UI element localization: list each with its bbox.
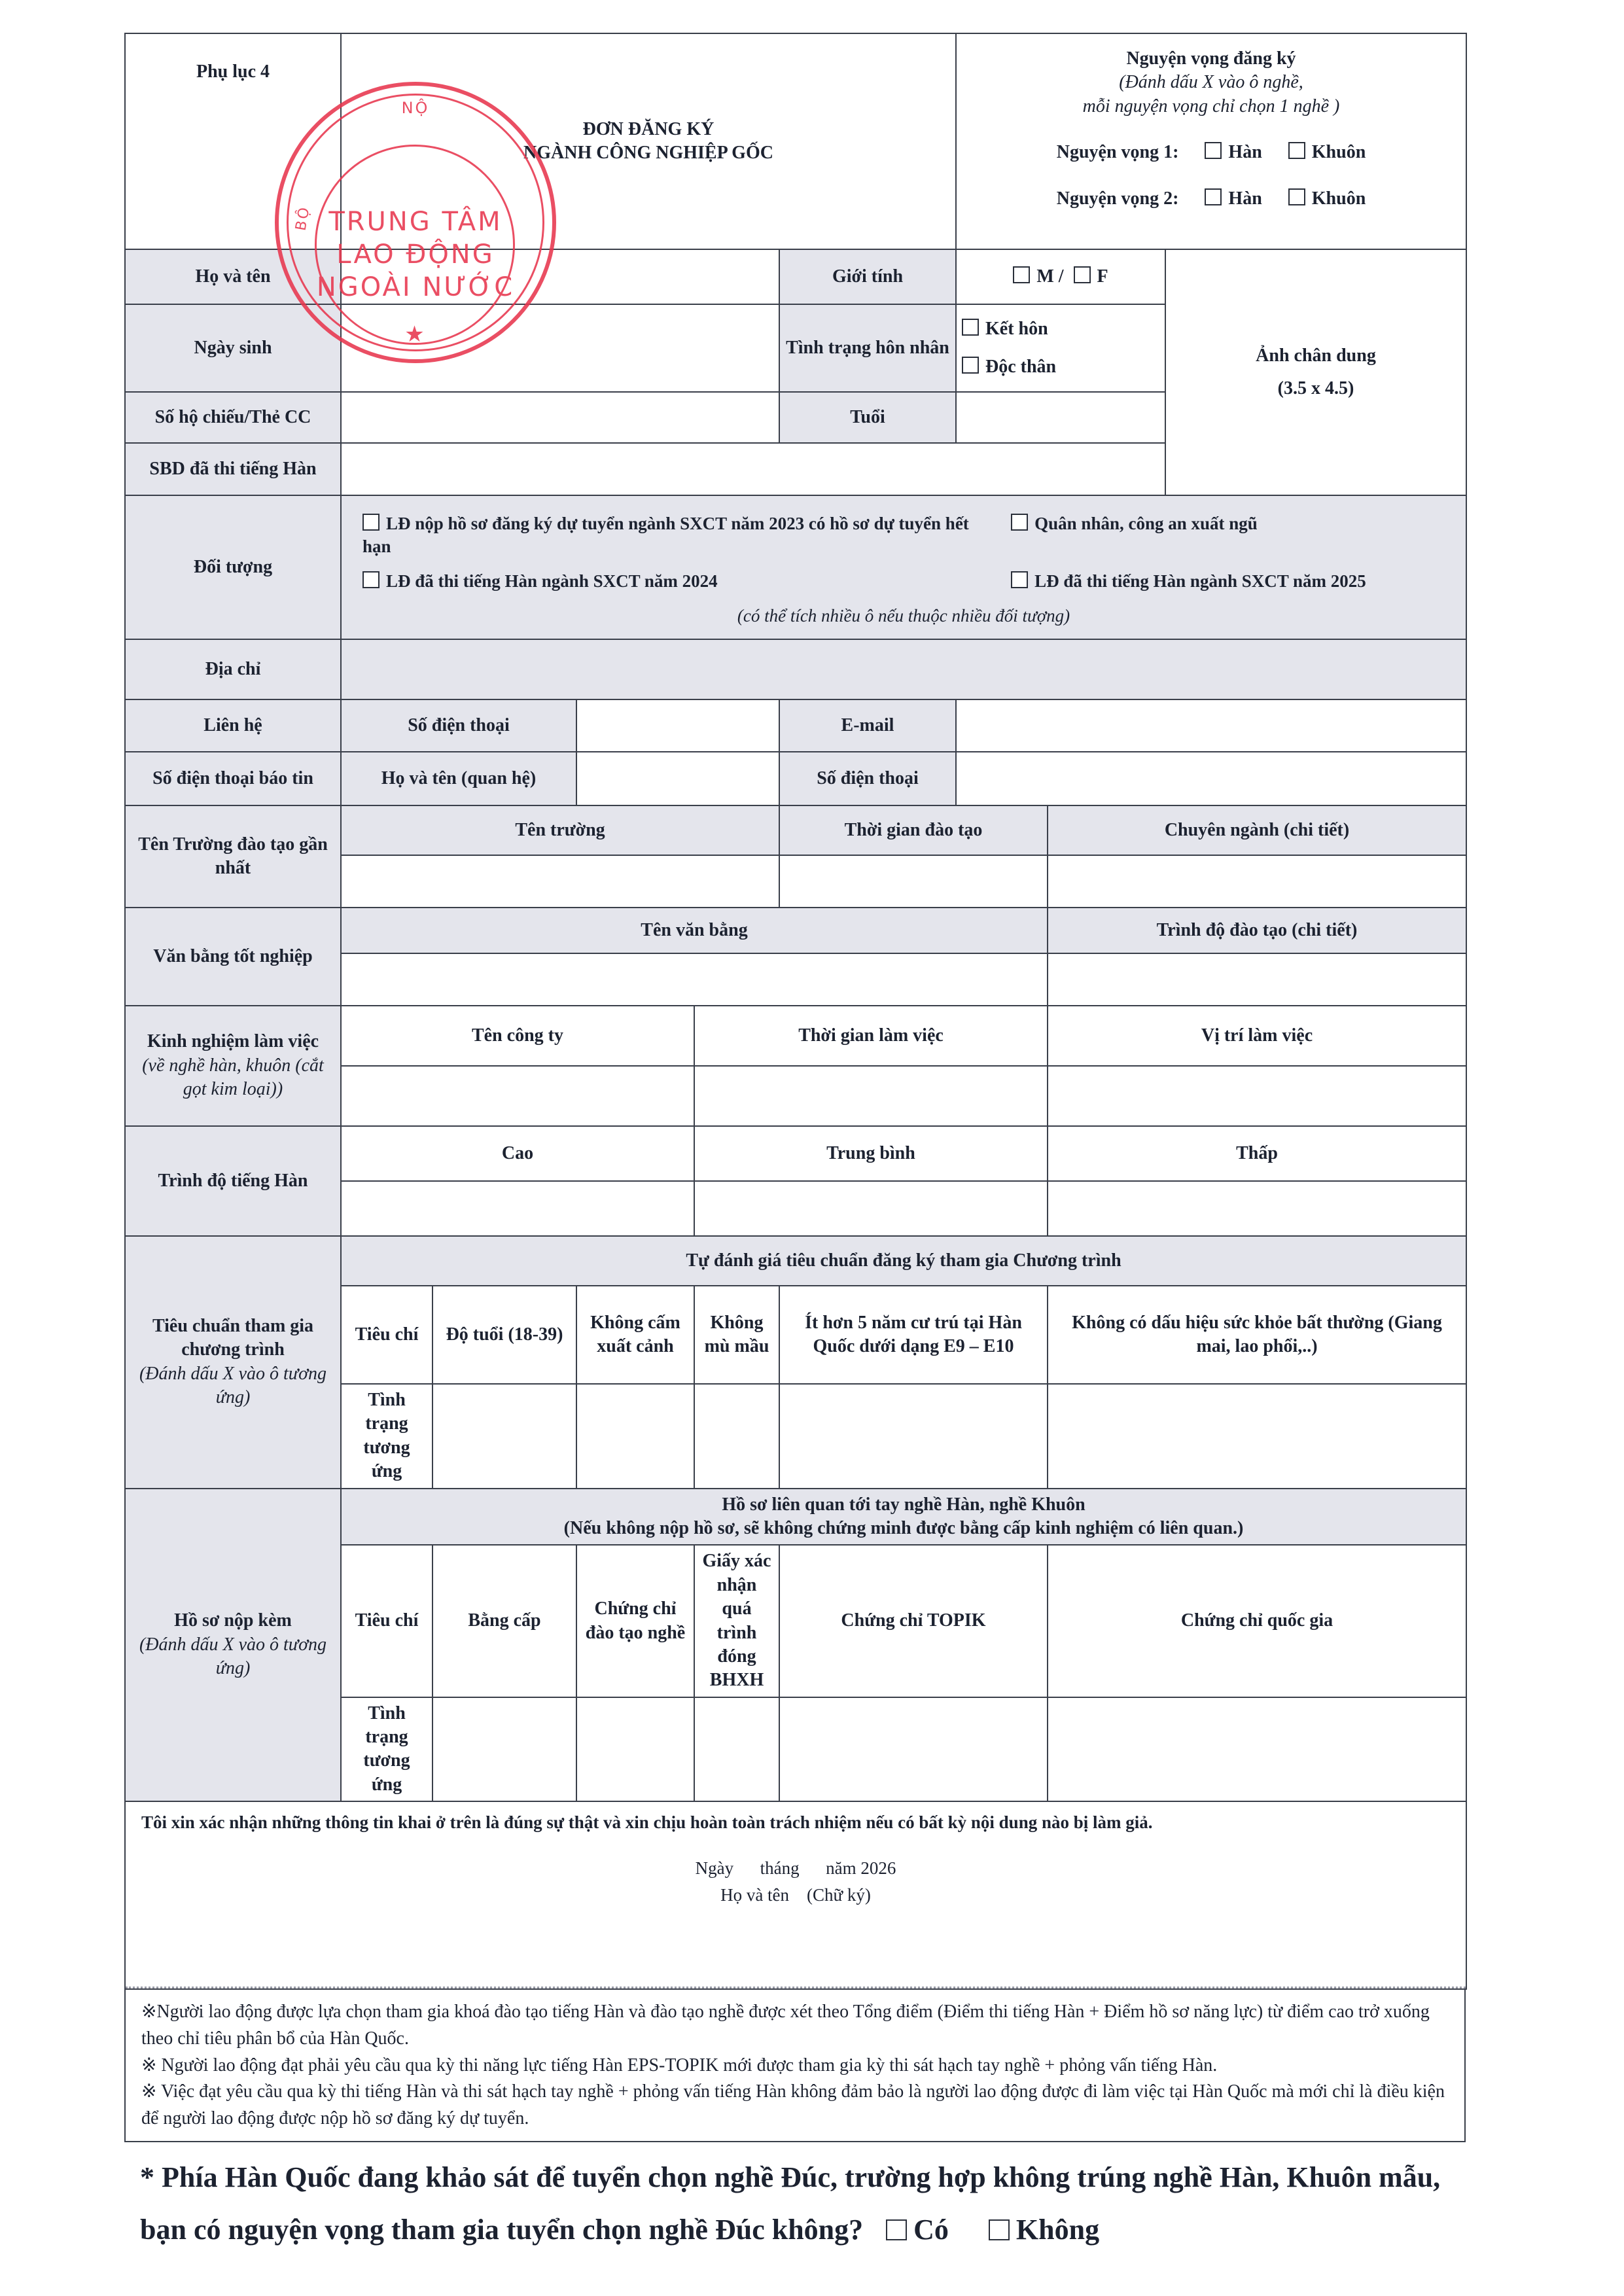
wish-section: Nguyện vọng đăng ký (Đánh dấu X vào ô ng… bbox=[956, 33, 1466, 249]
form-title-line1: ĐƠN ĐĂNG KÝ bbox=[347, 118, 950, 141]
documents-label: Hồ sơ nộp kèm (Đánh dấu X vào ô tương ứn… bbox=[125, 1489, 341, 1802]
documents-bhxh: Giấy xác nhận quá trình đóng BHXH bbox=[694, 1545, 779, 1697]
school-col-major: Chuyên ngành (chi tiết) bbox=[1048, 805, 1466, 855]
form-title: ĐƠN ĐĂNG KÝ NGÀNH CÔNG NGHIỆP GỐC bbox=[341, 33, 956, 249]
checkbox-icon[interactable] bbox=[1011, 571, 1028, 588]
experience-label: Kinh nghiệm làm việc (về nghề hàn, khuôn… bbox=[125, 1006, 341, 1126]
photo-box: Ảnh chân dung (3.5 x 4.5) bbox=[1165, 249, 1466, 495]
passport-label: Số hộ chiếu/Thẻ CC bbox=[125, 392, 341, 443]
korean-level-high: Cao bbox=[341, 1126, 694, 1181]
criteria-age-field[interactable] bbox=[432, 1384, 576, 1489]
gender-f-checkbox[interactable] bbox=[1074, 266, 1091, 283]
korean-level-low-field[interactable] bbox=[1048, 1181, 1466, 1236]
criteria-status-label: Tình trạng tương ứng bbox=[341, 1384, 432, 1489]
signature-area[interactable] bbox=[126, 1908, 1466, 1988]
degree-col-level: Trình độ đào tạo (chi tiết) bbox=[1048, 908, 1466, 953]
documents-degree: Bằng cấp bbox=[432, 1545, 576, 1697]
documents-topik-field[interactable] bbox=[779, 1697, 1048, 1802]
criteria-no-colorblind: Không mù mầu bbox=[694, 1286, 779, 1384]
emergency-label: Số điện thoại báo tin bbox=[125, 752, 341, 805]
school-time-field[interactable] bbox=[779, 855, 1048, 908]
target-option-veteran[interactable]: Quân nhân, công an xuất ngũ bbox=[1011, 512, 1445, 558]
target-option-2024[interactable]: LĐ đã thi tiếng Hàn ngành SXCT năm 2024 bbox=[362, 570, 991, 593]
experience-col-time: Thời gian làm việc bbox=[694, 1006, 1048, 1066]
checkbox-icon[interactable] bbox=[962, 357, 979, 374]
documents-status-label: Tình trạng tương ứng bbox=[341, 1697, 432, 1802]
school-label: Tên Trường đào tạo gần nhất bbox=[125, 805, 341, 908]
degree-label: Văn bằng tốt nghiệp bbox=[125, 908, 341, 1006]
sbd-label: SBD đã thi tiếng Hàn bbox=[125, 443, 341, 495]
experience-sublabel: (về nghề hàn, khuôn (cắt gọt kim loại)) bbox=[131, 1054, 335, 1102]
wish-instruction-2: mỗi nguyện vọng chỉ chọn 1 nghề ) bbox=[962, 95, 1460, 118]
age-label: Tuổi bbox=[779, 392, 956, 443]
documents-heading: Hồ sơ liên quan tới tay nghề Hàn, nghề K… bbox=[341, 1489, 1466, 1545]
dob-label: Ngày sinh bbox=[125, 304, 341, 392]
wish-1-label: Nguyện vọng 1: bbox=[1057, 141, 1179, 164]
address-label: Địa chỉ bbox=[125, 639, 341, 699]
checkbox-icon[interactable] bbox=[886, 2219, 907, 2240]
criteria-label: Tiêu chuẩn tham gia chương trình (Đánh d… bbox=[125, 1236, 341, 1489]
target-option-2023[interactable]: LĐ nộp hồ sơ đăng ký dự tuyển ngành SXCT… bbox=[362, 512, 991, 558]
marital-field: Kết hôn Độc thân bbox=[956, 304, 1165, 392]
full-name-field[interactable] bbox=[341, 249, 779, 304]
survey-no-option[interactable]: Không bbox=[989, 2214, 1099, 2246]
korean-level-medium-field[interactable] bbox=[694, 1181, 1048, 1236]
emergency-name-field[interactable] bbox=[576, 752, 779, 805]
wish-row-2: Nguyện vọng 2: Hàn Khuôn bbox=[962, 187, 1460, 211]
sbd-field[interactable] bbox=[341, 443, 1165, 495]
checkbox-icon[interactable] bbox=[1288, 142, 1305, 159]
full-name-label: Họ và tên bbox=[125, 249, 341, 304]
criteria-exit-field[interactable] bbox=[576, 1384, 694, 1489]
gender-field: M / F bbox=[956, 249, 1165, 304]
date-line: Ngày tháng năm 2026 bbox=[126, 1855, 1466, 1882]
wish-2-label: Nguyện vọng 2: bbox=[1057, 187, 1179, 211]
contact-phone-field[interactable] bbox=[576, 699, 779, 752]
single-option[interactable]: Độc thân bbox=[962, 355, 1159, 379]
documents-national-cert: Chứng chỉ quốc gia bbox=[1048, 1545, 1466, 1697]
checkbox-icon[interactable] bbox=[362, 514, 380, 531]
appendix-label: Phụ lục 4 bbox=[125, 33, 341, 249]
experience-col-position: Vị trí làm việc bbox=[1048, 1006, 1466, 1066]
survey-question: * Phía Hàn Quốc đang khảo sát để tuyển c… bbox=[124, 2151, 1466, 2255]
checkbox-icon[interactable] bbox=[1205, 188, 1222, 205]
gender-m-checkbox[interactable] bbox=[1013, 266, 1030, 283]
experience-time-field[interactable] bbox=[694, 1066, 1048, 1126]
gender-label: Giới tính bbox=[779, 249, 956, 304]
wish-row-1: Nguyện vọng 1: Hàn Khuôn bbox=[962, 141, 1460, 164]
signature-block: Ngày tháng năm 2026 Họ và tên (Chữ ký) bbox=[126, 1855, 1466, 1908]
registration-form: Phụ lục 4 ĐƠN ĐĂNG KÝ NGÀNH CÔNG NGHIỆP … bbox=[124, 33, 1466, 2255]
school-major-field[interactable] bbox=[1048, 855, 1466, 908]
documents-bhxh-field[interactable] bbox=[694, 1697, 779, 1802]
documents-topik: Chứng chỉ TOPIK bbox=[779, 1545, 1048, 1697]
korean-level-high-field[interactable] bbox=[341, 1181, 694, 1236]
wish-1-han-option[interactable]: Hàn bbox=[1205, 141, 1262, 164]
declaration-section: Tôi xin xác nhận những thông tin khai ở … bbox=[125, 1801, 1466, 1989]
criteria-residence-field[interactable] bbox=[779, 1384, 1048, 1489]
photo-size: (3.5 x 4.5) bbox=[1171, 377, 1460, 400]
declaration-text: Tôi xin xác nhận những thông tin khai ở … bbox=[126, 1802, 1466, 1843]
documents-national-field[interactable] bbox=[1048, 1697, 1466, 1802]
school-name-field[interactable] bbox=[341, 855, 779, 908]
criteria-age: Độ tuổi (18-39) bbox=[432, 1286, 576, 1384]
korean-level-low: Thấp bbox=[1048, 1126, 1466, 1181]
note-2: ※ Người lao động đạt phải yêu cầu qua kỳ… bbox=[141, 2053, 1449, 2079]
checkbox-icon[interactable] bbox=[989, 2219, 1010, 2240]
wish-1-khuon-option[interactable]: Khuôn bbox=[1288, 141, 1366, 164]
target-options: LĐ nộp hồ sơ đăng ký dự tuyển ngành SXCT… bbox=[341, 495, 1466, 639]
sign-line: Họ và tên (Chữ ký) bbox=[126, 1882, 1466, 1909]
criteria-residence: Ít hơn 5 năm cư trú tại Hàn Quốc dưới dạ… bbox=[779, 1286, 1048, 1384]
documents-sublabel: (Đánh dấu X vào ô tương ứng) bbox=[131, 1633, 335, 1681]
contact-label: Liên hệ bbox=[125, 699, 341, 752]
target-label: Đối tượng bbox=[125, 495, 341, 639]
checkbox-icon[interactable] bbox=[362, 571, 380, 588]
criteria-colorblind-field[interactable] bbox=[694, 1384, 779, 1489]
criteria-sublabel: (Đánh dấu X vào ô tương ứng) bbox=[131, 1362, 335, 1410]
wish-2-khuon-option[interactable]: Khuôn bbox=[1288, 187, 1366, 211]
experience-col-company: Tên công ty bbox=[341, 1006, 694, 1066]
degree-name-field[interactable] bbox=[341, 953, 1048, 1006]
contact-email-field[interactable] bbox=[956, 699, 1466, 752]
form-table: Phụ lục 4 ĐƠN ĐĂNG KÝ NGÀNH CÔNG NGHIỆP … bbox=[124, 33, 1467, 1990]
experience-position-field[interactable] bbox=[1048, 1066, 1466, 1126]
contact-email-label: E-mail bbox=[779, 699, 956, 752]
school-col-name: Tên trường bbox=[341, 805, 779, 855]
dob-field[interactable] bbox=[341, 304, 779, 392]
korean-level-label: Trình độ tiếng Hàn bbox=[125, 1126, 341, 1236]
marital-label: Tình trạng hôn nhân bbox=[779, 304, 956, 392]
documents-row-label: Tiêu chí bbox=[341, 1545, 432, 1697]
documents-degree-field[interactable] bbox=[432, 1697, 576, 1802]
documents-vocational-cert: Chứng chỉ đào tạo nghề bbox=[576, 1545, 694, 1697]
wish-2-han-option[interactable]: Hàn bbox=[1205, 187, 1262, 211]
emergency-phone-label: Số điện thoại bbox=[779, 752, 956, 805]
photo-label: Ảnh chân dung bbox=[1171, 344, 1460, 368]
notes-section: ※Người lao động được lựa chọn tham gia k… bbox=[124, 1990, 1466, 2142]
criteria-heading: Tự đánh giá tiêu chuẩn đăng ký tham gia … bbox=[341, 1236, 1466, 1286]
checkbox-icon[interactable] bbox=[1288, 188, 1305, 205]
survey-yes-option[interactable]: Có bbox=[886, 2214, 949, 2246]
emergency-phone-field[interactable] bbox=[956, 752, 1466, 805]
criteria-health-field[interactable] bbox=[1048, 1384, 1466, 1489]
checkbox-icon[interactable] bbox=[962, 319, 979, 336]
target-note: (có thể tích nhiều ô nếu thuộc nhiều đối… bbox=[362, 605, 1445, 627]
checkbox-icon[interactable] bbox=[1205, 142, 1222, 159]
form-title-line2: NGÀNH CÔNG NGHIỆP GỐC bbox=[347, 141, 950, 165]
address-field[interactable] bbox=[341, 639, 1466, 699]
experience-company-field[interactable] bbox=[341, 1066, 694, 1126]
degree-col-name: Tên văn bằng bbox=[341, 908, 1048, 953]
passport-field[interactable] bbox=[341, 392, 779, 443]
school-col-time: Thời gian đào tạo bbox=[779, 805, 1048, 855]
contact-phone-label: Số điện thoại bbox=[341, 699, 576, 752]
criteria-health: Không có dấu hiệu sức khỏe bất thường (G… bbox=[1048, 1286, 1466, 1384]
married-option[interactable]: Kết hôn bbox=[962, 317, 1159, 341]
note-3: ※ Việc đạt yêu cầu qua kỳ thi tiếng Hàn … bbox=[141, 2079, 1449, 2132]
criteria-row-label: Tiêu chí bbox=[341, 1286, 432, 1384]
korean-level-medium: Trung bình bbox=[694, 1126, 1048, 1181]
emergency-name-label: Họ và tên (quan hệ) bbox=[341, 752, 576, 805]
degree-level-field[interactable] bbox=[1048, 953, 1466, 1006]
age-field[interactable] bbox=[956, 392, 1165, 443]
checkbox-icon[interactable] bbox=[1011, 514, 1028, 531]
wish-heading: Nguyện vọng đăng ký bbox=[962, 47, 1460, 71]
wish-instruction-1: (Đánh dấu X vào ô nghề, bbox=[962, 71, 1460, 94]
note-1: ※Người lao động được lựa chọn tham gia k… bbox=[141, 1999, 1449, 2052]
documents-vocational-field[interactable] bbox=[576, 1697, 694, 1802]
target-option-2025[interactable]: LĐ đã thi tiếng Hàn ngành SXCT năm 2025 bbox=[1011, 570, 1445, 593]
criteria-no-exit-ban: Không cấm xuất cảnh bbox=[576, 1286, 694, 1384]
